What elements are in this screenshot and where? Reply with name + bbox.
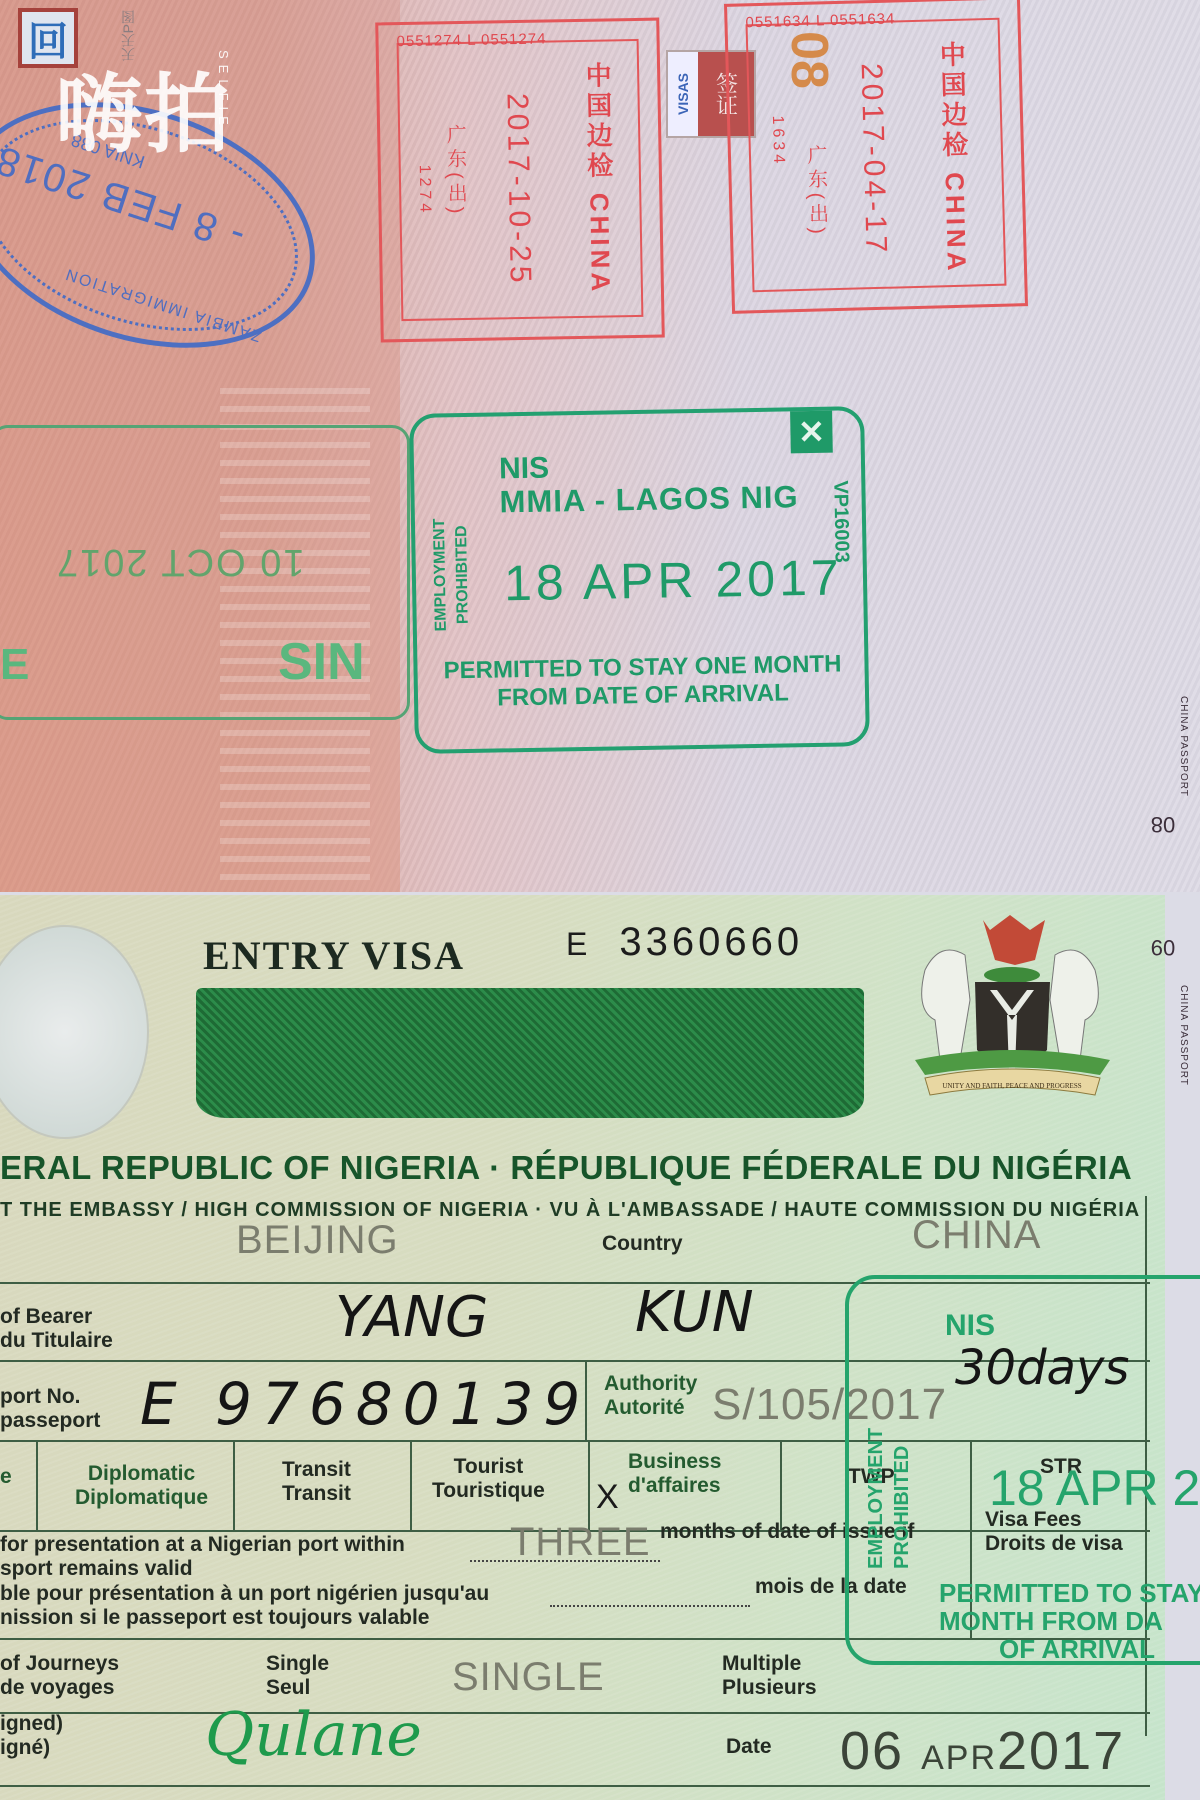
selfie-watermark-text: SELFIE bbox=[216, 50, 231, 131]
china-exit-stamp-2: 0551634 L 0551634 中国边检 CHINA 2017-04-17 … bbox=[724, 0, 1028, 314]
passport-number-value: E 97680139 bbox=[140, 1370, 590, 1438]
validity-value: THREE bbox=[510, 1520, 651, 1565]
x-mark-icon: ✕ bbox=[790, 411, 833, 454]
stamp-employment-note: EMPLOYMENT PROHIBITED bbox=[428, 477, 475, 673]
stamp-date: 18 APR 20 bbox=[989, 1459, 1200, 1517]
stamp-date: 2017-04-17 bbox=[854, 63, 893, 257]
multiple-option: Multiple Plusieurs bbox=[722, 1652, 817, 1700]
nigeria-arrival-stamp-overlay: NIS EMPLOYMENT PROHIBITED 18 APR 20 PERM… bbox=[845, 1275, 1200, 1665]
divider bbox=[585, 1360, 587, 1440]
authority-label: Authority Autorité bbox=[604, 1372, 697, 1420]
business-checkbox-mark: X bbox=[596, 1478, 619, 1517]
visa-header: ERAL REPUBLIC OF NIGERIA · RÉPUBLIQUE FÉ… bbox=[0, 1149, 1132, 1187]
single-option: Single Seul bbox=[266, 1652, 329, 1700]
embassy-city-value: BEIJING bbox=[236, 1218, 399, 1263]
validity-text-fr: ble pour présentation à un port nigérien… bbox=[0, 1582, 489, 1630]
type-transit: Transit Transit bbox=[282, 1458, 351, 1506]
singapore-stamp-fragment: E bbox=[0, 640, 29, 690]
divider bbox=[36, 1440, 38, 1530]
visa-number: E3360660 bbox=[566, 920, 803, 965]
stamp-port: 广东(出) bbox=[440, 124, 471, 218]
stamp-agency: NIS bbox=[945, 1309, 995, 1343]
stamp-code: 1274 bbox=[415, 165, 434, 217]
stamp-employment-note: EMPLOYMENT PROHIBITED bbox=[863, 1329, 915, 1569]
stamp-date: 18 APR 2017 bbox=[504, 548, 844, 612]
type-fragment: e bbox=[0, 1465, 12, 1489]
stamp-date: 2017-10-25 bbox=[499, 93, 536, 287]
singapore-stamp-code: SIN bbox=[278, 632, 365, 692]
page-label: CHINA PASSPORT bbox=[1178, 985, 1189, 1086]
stamp-permission-note: PERMITTED TO STAY ONE MONTH FROM DATE OF… bbox=[437, 650, 848, 713]
stamp-port: 广东(出) bbox=[801, 144, 832, 238]
officer-signature: Qulane bbox=[205, 1700, 422, 1770]
selfie-watermark: 嗨拍 bbox=[56, 45, 232, 169]
type-tourist: Tourist Touristique bbox=[432, 1455, 545, 1503]
page-number-stamp: 08 bbox=[779, 31, 839, 89]
divider bbox=[588, 1440, 590, 1530]
page-number: 09 bbox=[1151, 934, 1175, 960]
china-exit-stamp-1: 0551274 L 0551274 中国边检 CHINA 2017-10-25 … bbox=[375, 18, 665, 343]
stamp-serial: 0551274 L 0551274 bbox=[396, 31, 546, 51]
page-number: 08 bbox=[1151, 811, 1175, 837]
stamp-port: MMIA - LAGOS NIG bbox=[499, 479, 799, 520]
divider bbox=[410, 1440, 412, 1530]
type-diplomatic: Diplomatic Diplomatique bbox=[75, 1462, 208, 1510]
nigeria-arrival-stamp: ✕ NIS MMIA - LAGOS NIG EMPLOYMENT PROHIB… bbox=[409, 406, 870, 754]
svg-text:UNITY AND FAITH, PEACE AND PRO: UNITY AND FAITH, PEACE AND PROGRESS bbox=[942, 1082, 1081, 1090]
bearer-label: of Bearer du Titulaire bbox=[0, 1305, 113, 1353]
visa-title: ENTRY VISA bbox=[203, 932, 465, 979]
signed-label: igned) igné) bbox=[0, 1712, 63, 1760]
security-wave-band bbox=[196, 988, 864, 1118]
nigeria-coat-of-arms-icon: UNITY AND FAITH, PEACE AND PROGRESS bbox=[895, 910, 1125, 1110]
page-label: CHINA PASSPORT bbox=[1178, 696, 1189, 797]
stamp-country: 中国边检 CHINA bbox=[579, 61, 620, 295]
validity-blank-fr bbox=[550, 1605, 750, 1607]
divider bbox=[233, 1440, 235, 1530]
stamp-country: 中国边检 CHINA bbox=[933, 40, 976, 274]
bearer-surname: YANG bbox=[335, 1285, 488, 1350]
stamp-permission-note: PERMITTED TO STAY MONTH FROM DA OF ARRIV… bbox=[939, 1579, 1200, 1663]
issue-date: 06 APR2017 bbox=[840, 1720, 1125, 1782]
singapore-stamp-date: 10 OCT 2017 bbox=[55, 540, 304, 583]
journeys-label: of Journeys de voyages bbox=[0, 1652, 119, 1700]
type-business: Business d'affaires bbox=[628, 1450, 721, 1498]
validity-text-en: for presentation at a Nigerian port with… bbox=[0, 1533, 405, 1581]
bearer-given-name: KUN bbox=[635, 1280, 754, 1345]
country-value: CHINA bbox=[912, 1213, 1041, 1258]
passport-number-label: port No. passeport bbox=[0, 1385, 100, 1433]
stamp-code: 1634 bbox=[768, 115, 787, 167]
country-label: Country bbox=[602, 1232, 683, 1256]
date-label: Date bbox=[726, 1735, 772, 1759]
divider bbox=[0, 1712, 1150, 1714]
divider bbox=[0, 1785, 1150, 1787]
stamp-officer-code: VP16003 bbox=[828, 480, 852, 563]
journeys-value: SINGLE bbox=[452, 1655, 605, 1700]
divider bbox=[780, 1440, 782, 1530]
stamp-agency: NIS bbox=[499, 452, 550, 487]
